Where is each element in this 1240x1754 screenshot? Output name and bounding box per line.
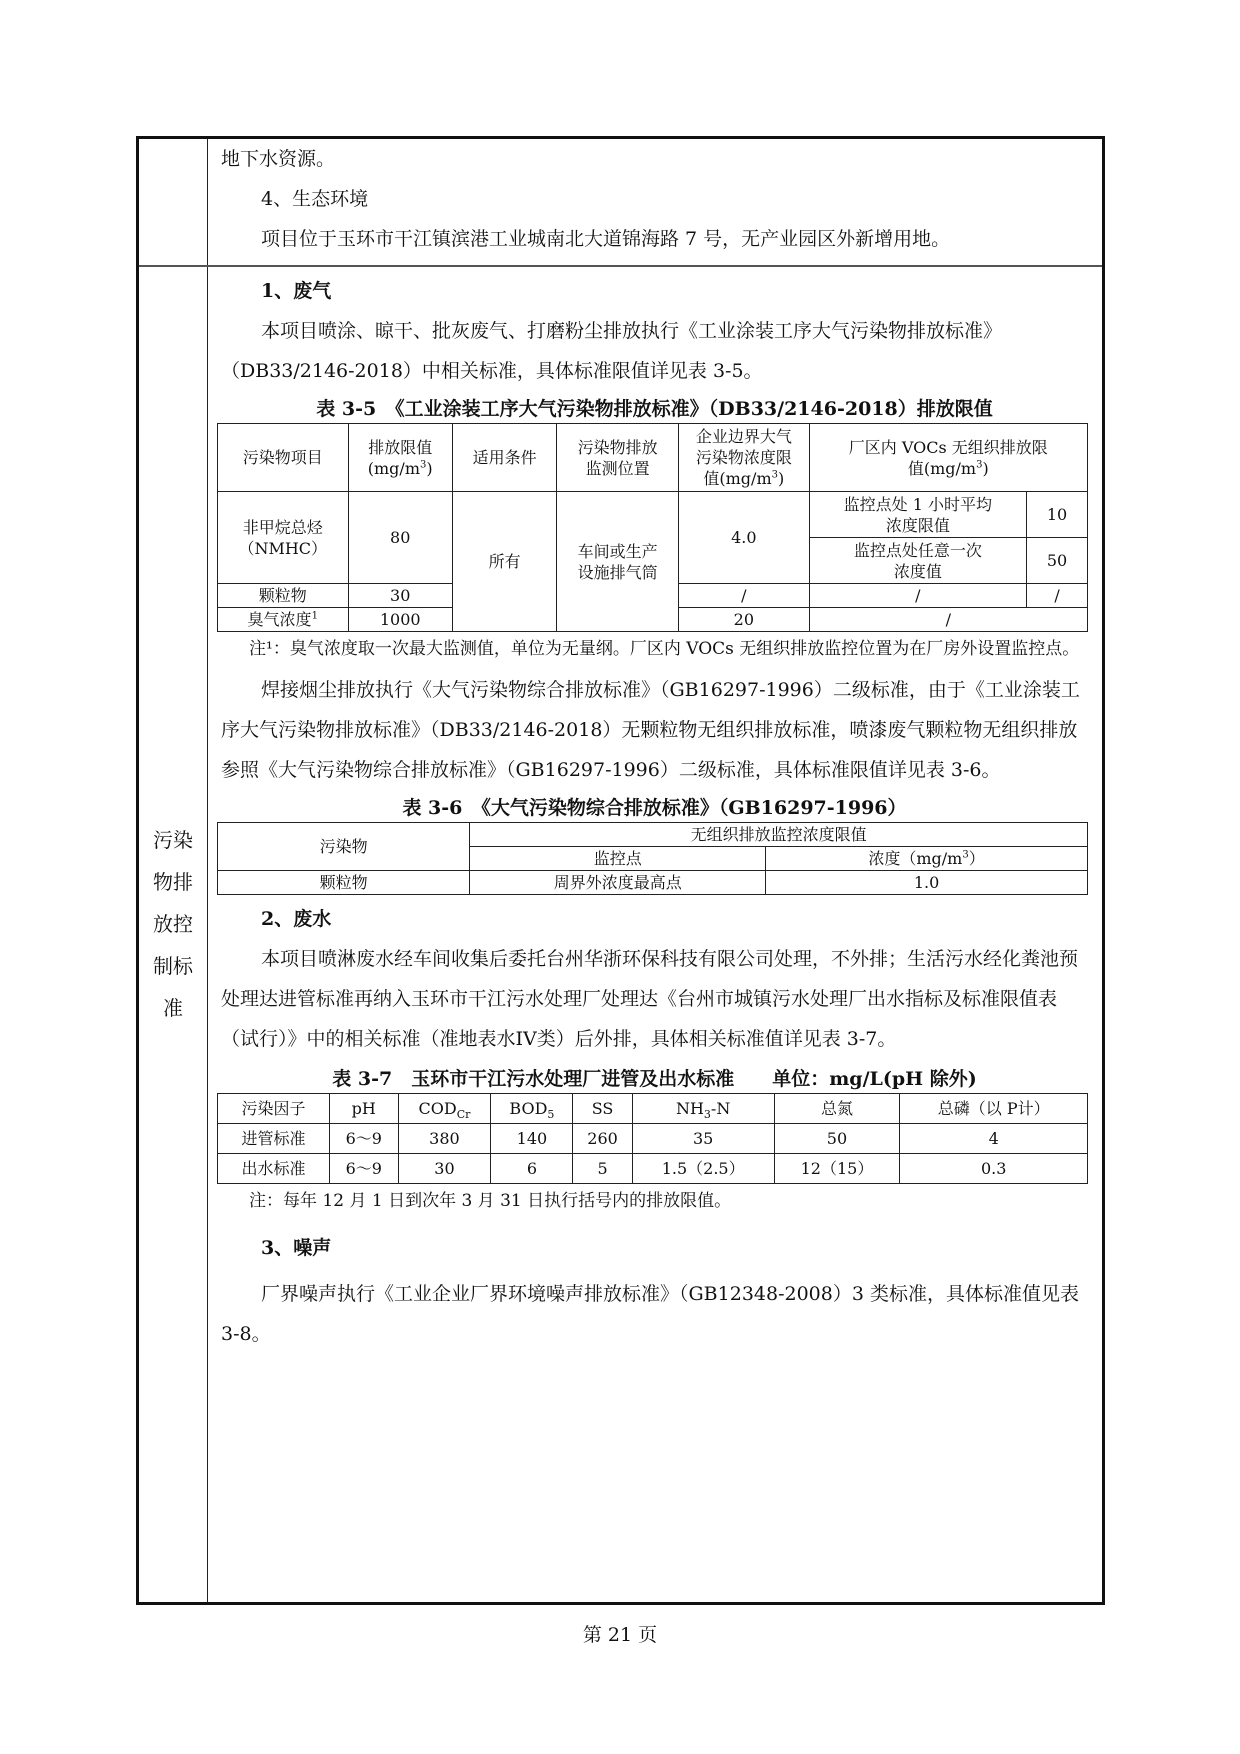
table-cell: 80 (348, 492, 452, 584)
table-cell: 颗粒物 (218, 871, 470, 895)
heading-noise: 3、噪声 (221, 1228, 1088, 1268)
side-label-line: 物排 (139, 861, 207, 903)
table-cell: 6 (491, 1154, 573, 1184)
ecology-section: 地下水资源。 4、生态环境 项目位于玉环市干江镇滨港工业城南北大道锦海路 7 号… (221, 139, 1088, 259)
section-divider (139, 265, 1102, 267)
table-header: CODCr (398, 1094, 491, 1124)
paragraph: 地下水资源。 (221, 139, 1088, 179)
table-cell: 臭气浓度1 (218, 608, 349, 632)
table-row: 出水标准 6～9 30 6 5 1.5（2.5） 12（15） 0.3 (218, 1154, 1088, 1184)
side-label-line: 污染 (139, 819, 207, 861)
table-header: 排放限值(mg/m3) (348, 424, 452, 492)
table-cell: 所有 (452, 492, 556, 632)
heading-waste-gas: 1、废气 (221, 271, 1088, 311)
table-header: 浓度（mg/m3） (766, 847, 1088, 871)
table-3-7-caption: 表 3-7 玉环市干江污水处理厂进管及出水标准 单位：mg/L(pH 除外) (221, 1065, 1088, 1093)
footnote-marker: 1 (312, 611, 318, 622)
subheading-ecology: 4、生态环境 (221, 179, 1088, 219)
side-label-line: 放控 (139, 903, 207, 945)
table-cell: / (679, 584, 810, 608)
table-header: 污染物 (218, 823, 470, 871)
table-cell: 4 (900, 1124, 1088, 1154)
table-header: 监控点 (470, 847, 766, 871)
table-cell: 监控点处 1 小时平均浓度限值 (809, 492, 1027, 538)
heading-waste-water: 2、废水 (221, 899, 1088, 939)
table-3-6: 污染物 无组织排放监控浓度限值 监控点 浓度（mg/m3） 颗粒物 周界外浓度最… (217, 822, 1088, 895)
table-header: 无组织排放监控浓度限值 (470, 823, 1088, 847)
table-cell: 6～9 (330, 1154, 398, 1184)
table-3-6-caption: 表 3-6 《大气污染物综合排放标准》（GB16297-1996） (221, 794, 1088, 822)
table-header: 厂区内 VOCs 无组织排放限值(mg/m3) (809, 424, 1087, 492)
table-cell: 1.5（2.5） (632, 1154, 774, 1184)
paragraph-waste-gas-intro: 本项目喷涂、晾干、批灰废气、打磨粉尘排放执行《工业涂装工序大气污染物排放标准》（… (221, 311, 1088, 391)
table-cell: 50 (1027, 538, 1088, 584)
page-number: 第 21 页 (0, 1620, 1240, 1647)
row-label-pollutant-standards: 污染 物排 放控 制标 准 (139, 819, 207, 1029)
table-3-7: 污染因子 pH CODCr BOD5 SS NH3-N 总氮 总磷（以 P计） … (217, 1093, 1088, 1184)
table-cell: 颗粒物 (218, 584, 349, 608)
cell-text: COD (419, 1099, 457, 1118)
table-header: 总氮 (774, 1094, 900, 1124)
table-cell: 260 (573, 1124, 632, 1154)
table-cell: 140 (491, 1124, 573, 1154)
table-cell: 1000 (348, 608, 452, 632)
table-cell: 35 (632, 1124, 774, 1154)
table-cell: / (809, 584, 1027, 608)
table-header: NH3-N (632, 1094, 774, 1124)
document-frame: 污染 物排 放控 制标 准 地下水资源。 4、生态环境 项目位于玉环市干江镇滨港… (136, 136, 1105, 1605)
table-cell: 0.3 (900, 1154, 1088, 1184)
table-header: 污染物排放监测位置 (557, 424, 679, 492)
table-cell: 出水标准 (218, 1154, 330, 1184)
column-divider (207, 139, 208, 1602)
table-cell: 非甲烷总烃（NMHC） (218, 492, 349, 584)
table-cell: 380 (398, 1124, 491, 1154)
paragraph-welding: 焊接烟尘排放执行《大气污染物综合排放标准》（GB16297-1996）二级标准，… (221, 670, 1088, 790)
subscript: 5 (547, 1108, 554, 1121)
table-header: 适用条件 (452, 424, 556, 492)
subscript: Cr (457, 1108, 471, 1121)
table-header: SS (573, 1094, 632, 1124)
table-cell: 车间或生产设施排气筒 (557, 492, 679, 632)
table-header: 污染物项目 (218, 424, 349, 492)
table-cell: 4.0 (679, 492, 810, 584)
cell-text: 臭气浓度 (248, 610, 312, 629)
table-header: 污染因子 (218, 1094, 330, 1124)
table-3-5: 污染物项目 排放限值(mg/m3) 适用条件 污染物排放监测位置 企业边界大气污… (217, 423, 1088, 632)
table-row: 进管标准 6～9 380 140 260 35 50 4 (218, 1124, 1088, 1154)
table-cell: 20 (679, 608, 810, 632)
table-header: pH (330, 1094, 398, 1124)
table-cell: 6～9 (330, 1124, 398, 1154)
table-cell: 30 (398, 1154, 491, 1184)
side-label-line: 制标 (139, 945, 207, 987)
table-cell: 进管标准 (218, 1124, 330, 1154)
table-header: 企业边界大气污染物浓度限值(mg/m3) (679, 424, 810, 492)
cell-text: -N (711, 1099, 730, 1118)
paragraph: 项目位于玉环市干江镇滨港工业城南北大道锦海路 7 号，无产业园区外新增用地。 (221, 219, 1088, 259)
table-cell: 周界外浓度最高点 (470, 871, 766, 895)
standards-section: 1、废气 本项目喷涂、晾干、批灰废气、打磨粉尘排放执行《工业涂装工序大气污染物排… (221, 271, 1088, 1354)
table-3-7-note: 注：每年 12 月 1 日到次年 3 月 31 日执行括号内的排放限值。 (221, 1184, 1088, 1218)
table-cell: 12（15） (774, 1154, 900, 1184)
table-header: BOD5 (491, 1094, 573, 1124)
table-header: 总磷（以 P计） (900, 1094, 1088, 1124)
table-cell: 10 (1027, 492, 1088, 538)
table-cell: 监控点处任意一次浓度值 (809, 538, 1027, 584)
cell-text: NH (676, 1099, 704, 1118)
side-label-line: 准 (139, 987, 207, 1029)
table-cell: 5 (573, 1154, 632, 1184)
paragraph-noise: 厂界噪声执行《工业企业厂界环境噪声排放标准》（GB12348-2008）3 类标… (221, 1274, 1088, 1354)
table-3-5-note: 注¹：臭气浓度取一次最大监测值，单位为无量纲。厂区内 VOCs 无组织排放监控位… (221, 632, 1088, 666)
table-cell: 1.0 (766, 871, 1088, 895)
table-cell: 30 (348, 584, 452, 608)
table-cell: / (809, 608, 1087, 632)
subscript: 3 (704, 1108, 711, 1121)
table-cell: / (1027, 584, 1088, 608)
table-3-5-caption: 表 3-5 《工业涂装工序大气污染物排放标准》（DB33/2146-2018）排… (221, 395, 1088, 423)
table-cell: 50 (774, 1124, 900, 1154)
paragraph-waste-water-intro: 本项目喷淋废水经车间收集后委托台州华浙环保科技有限公司处理，不外排；生活污水经化… (221, 939, 1088, 1059)
cell-text: BOD (509, 1099, 547, 1118)
